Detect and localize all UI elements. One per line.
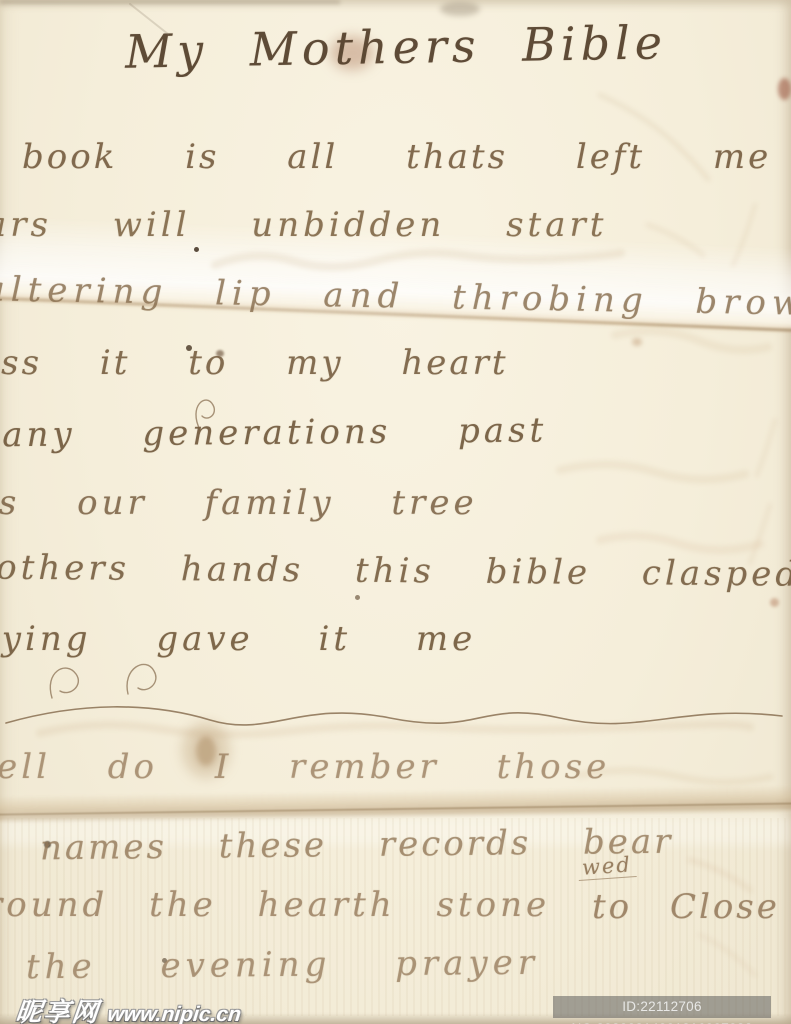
letter-line-7: mothers hands this bible clasped	[0, 550, 791, 591]
smudge-stain	[440, 2, 480, 16]
ink-spot	[355, 595, 360, 600]
red-edge-stain	[778, 78, 791, 100]
letter-line-2: ars will unbidden start	[0, 208, 607, 242]
letter-line-9: well do I rember those	[0, 750, 610, 784]
letter-line-11: round the hearth stone	[0, 888, 550, 922]
watermark-site-name: 昵享网	[14, 997, 101, 1024]
fold-crease-line-lower	[0, 802, 791, 816]
letter-line-6: is our family tree	[0, 486, 478, 520]
watermark-site-logo: 昵享网www.nipic.cn	[14, 992, 243, 1024]
inserted-word-wed: wed	[577, 854, 636, 881]
foxing-spot	[770, 598, 779, 607]
paper-top-edge-smear	[0, 0, 340, 4]
foxing-spot	[632, 338, 642, 346]
letter-line-4: press it to my heart	[0, 346, 509, 380]
fold-crease-band-lower	[0, 784, 791, 824]
foxing-spot	[194, 247, 199, 252]
letter-title: My Mothers Bible	[124, 19, 667, 74]
letter-line-12: the evening prayer	[26, 946, 539, 984]
watermark-id-badge: ID:22112706 NO:20200814001316997082	[553, 996, 771, 1018]
letter-line-8: dying gave it me	[0, 622, 476, 656]
scanned-letter-page: My Mothers Bible book is all thats left …	[0, 0, 791, 1024]
letter-line-1: book is all thats left me now	[22, 140, 791, 174]
letter-line-3: faltering lip and throbing brow	[0, 272, 791, 321]
watermark-site-url: www.nipic.cn	[106, 1003, 242, 1024]
letter-line-11-continued: to Close	[592, 890, 780, 924]
letter-line-5: many generations past	[0, 413, 547, 452]
